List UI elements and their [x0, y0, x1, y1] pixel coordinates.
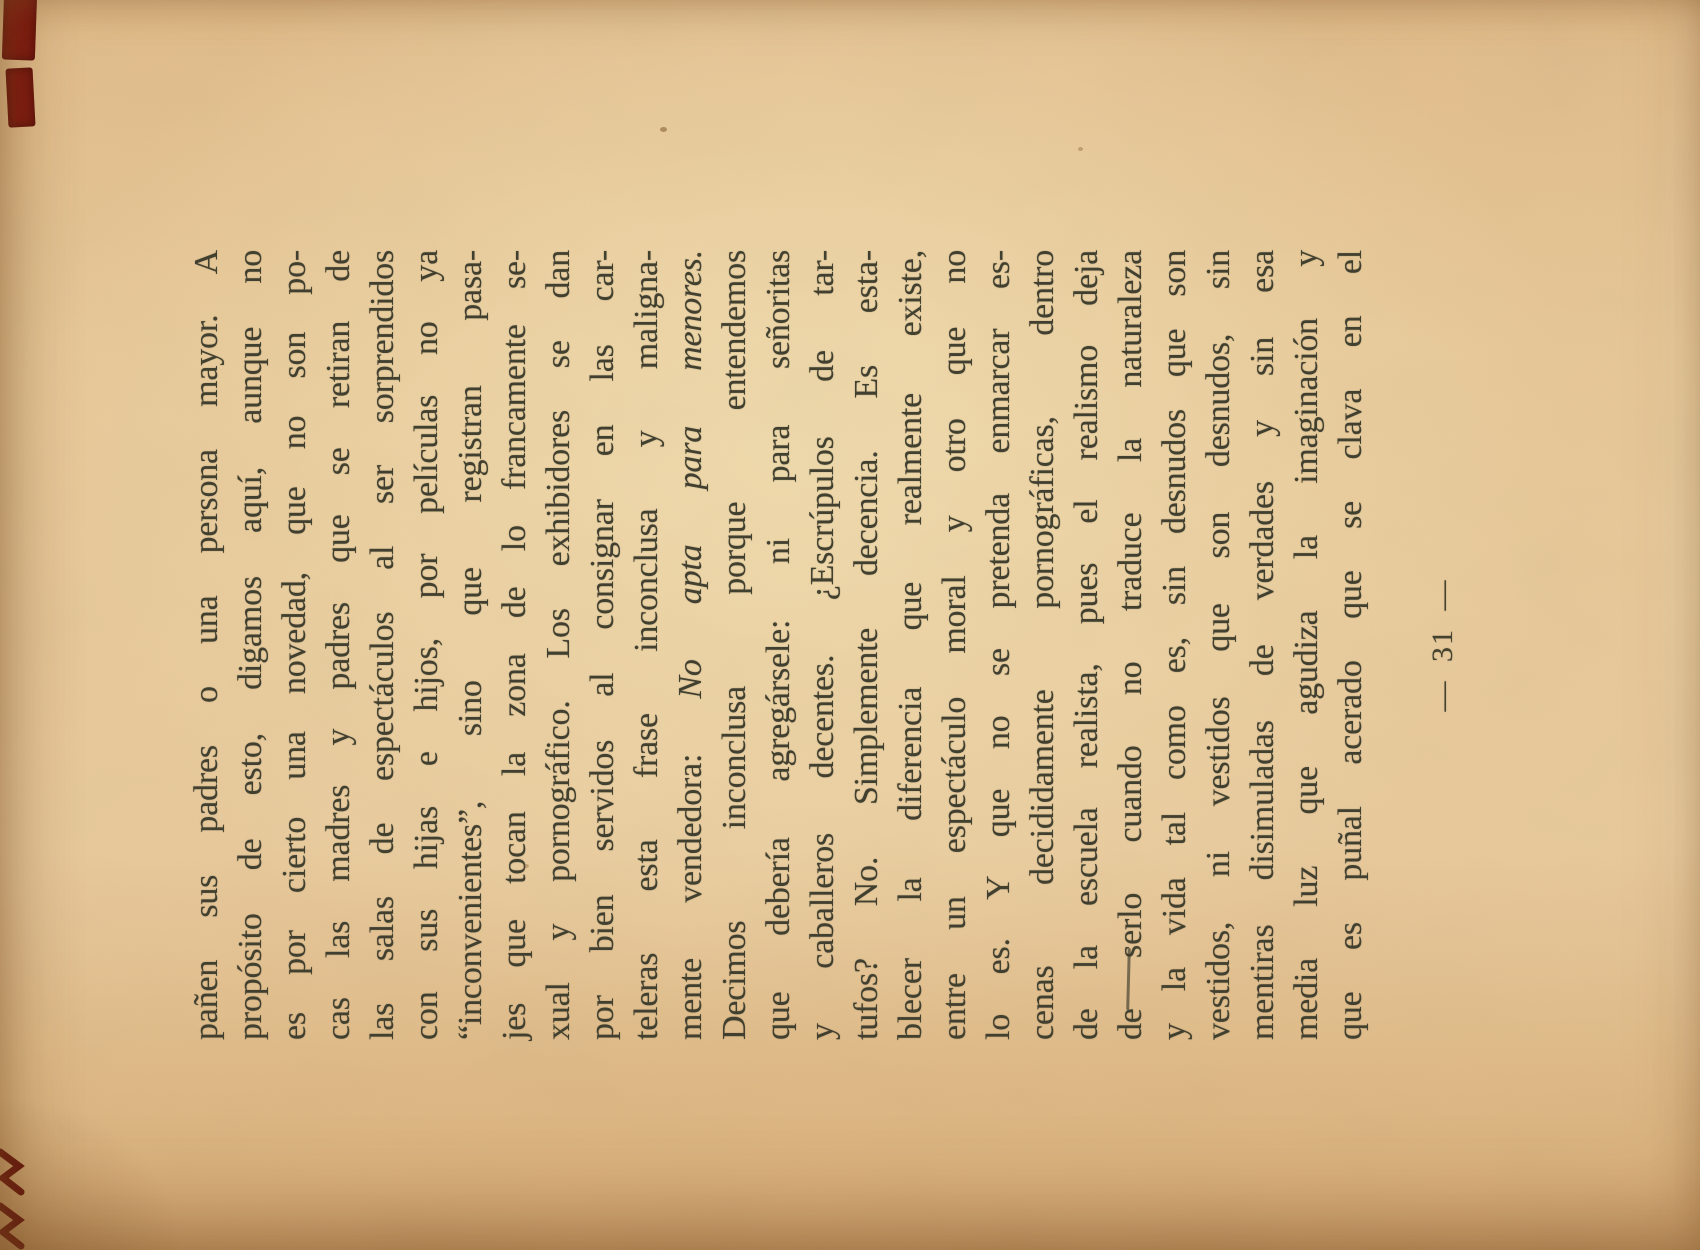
text-line: con sus hijas e hijos, por películas no …	[405, 250, 449, 1040]
text-line: es por cierto una novedad, que no son po…	[273, 250, 317, 1040]
text-line: tufos? No. Simplemente decencia. Es esta…	[845, 250, 889, 1040]
text-line: mentiras disimuladas de verdades y sin e…	[1241, 250, 1285, 1040]
scanned-page: pañen sus padres o una persona mayor. Ap…	[0, 0, 1700, 1250]
rotated-text-area: pañen sus padres o una persona mayor. Ap…	[185, 250, 1373, 1040]
paper-speck	[523, 864, 529, 868]
text-line: jes que tocan la zona de lo francamente …	[493, 250, 537, 1040]
text-line: cas las madres y padres que se retiran d…	[317, 250, 361, 1040]
text-line: y la vida tal como es, sin desnudos que …	[1153, 250, 1197, 1040]
text-line: “inconvenientes”, sino que registran pas…	[449, 250, 493, 1040]
text-line: las salas de espectáculos al ser sorpren…	[361, 250, 405, 1040]
text-line: de la escuela realista, pues el realismo…	[1065, 250, 1109, 1040]
text-line: por bien servidos al consignar en las ca…	[581, 250, 625, 1040]
text-line: pañen sus padres o una persona mayor. A	[185, 250, 229, 1040]
red-ink-edge-scribble	[0, 1148, 29, 1250]
red-ink-edge-mark-top-2	[5, 67, 35, 127]
text-line: que es puñal acerado que se clava en el	[1329, 250, 1373, 1040]
text-line: y caballeros decentes. ¿Escrúpulos de ta…	[801, 250, 845, 1040]
text-line: entre un espectáculo moral y otro que no	[933, 250, 977, 1040]
paper-speck	[1078, 147, 1083, 151]
red-ink-edge-mark-top-1	[2, 0, 37, 61]
text-line: xual y pornográfico. Los exhibidores se …	[537, 250, 581, 1040]
page-number: — 31 —	[1421, 250, 1465, 1040]
text-line: Decimos inconclusa porque entendemos	[713, 250, 757, 1040]
text-line: blecer la diferencia que realmente exist…	[889, 250, 933, 1040]
text-line: propósito de esto, digamos aquí, aunque …	[229, 250, 273, 1040]
text-line: que debería agregársele: ni para señorit…	[757, 250, 801, 1040]
text-line: lo es. Y que no se pretenda enmarcar es-	[977, 250, 1021, 1040]
text-line: teleras esta frase inconclusa y maligna-	[625, 250, 669, 1040]
page-text-block: pañen sus padres o una persona mayor. Ap…	[185, 250, 1465, 1040]
paper-speck	[660, 127, 667, 132]
text-line: de serlo cuando no traduce la naturaleza	[1109, 250, 1153, 1040]
text-line: mente vendedora: No apta para menores.	[669, 250, 713, 1040]
text-line: vestidos, ni vestidos que son desnudos, …	[1197, 250, 1241, 1040]
text-line: cenas decididamente pornográficas, dentr…	[1021, 250, 1065, 1040]
text-line: media luz que agudiza la imaginación y	[1285, 250, 1329, 1040]
